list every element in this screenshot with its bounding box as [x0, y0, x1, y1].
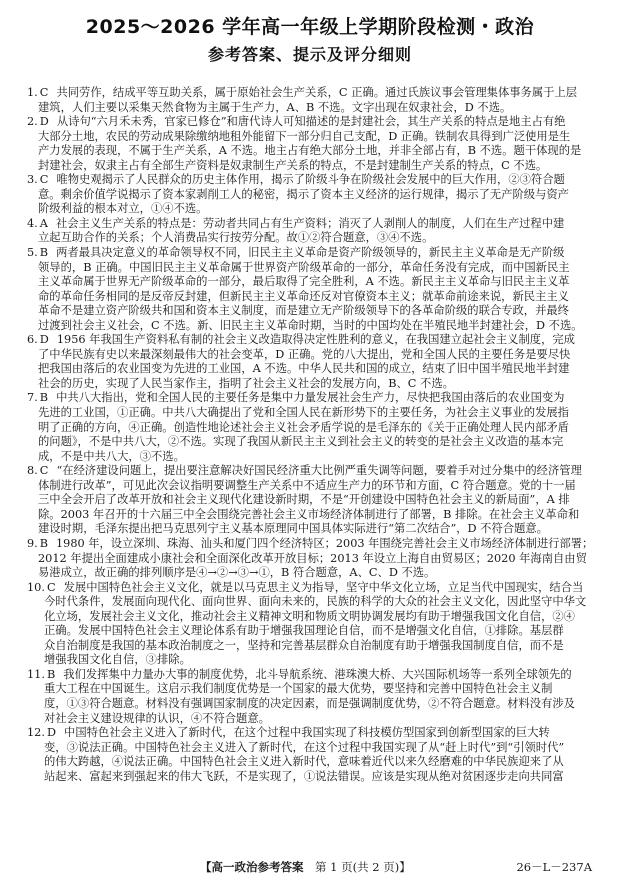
answer-line: 4.A社会主义生产关系的特点是：劳动者共同占有生产资料；消灭了人剥削人的制度，人…	[27, 217, 593, 232]
question-number: 2.	[27, 115, 38, 130]
answer-line: 增强我国文化自信，③排除。	[27, 653, 593, 668]
explanation-text: 革命不是建立资产阶级共和国和资本主义制度，而是建立无产阶级领导下的各革命阶级的联…	[38, 304, 569, 317]
answer-line: 变，③说法正确。中国特色社会主义进入了新时代，在这个过程中我国实现了从“赶上时代…	[27, 741, 593, 756]
answer-item: 5.B两者最具决定意义的革命领导权不同，旧民主主义革命是资产阶级领导的，新民主主…	[27, 246, 593, 333]
explanation-text: 领导的，B 正确。中国旧民主主义革命属于世界资产阶级革命的一部分，革命任务没有完…	[38, 261, 570, 274]
answer-line: 化立场，发展社会主义文化，推动社会主义精神文明和物质文明协调发展均有助于增强我国…	[27, 610, 593, 625]
explanation-text: 站起来、富起来到强起来的伟大飞跃，不是实现了，①说法错误。应该是实现从绝对贫困逐…	[44, 770, 564, 783]
answer-letter: B	[40, 246, 48, 261]
answer-line: 站起来、富起来到强起来的伟大飞跃，不是实现了，①说法错误。应该是实现从绝对贫困逐…	[27, 770, 593, 785]
answer-letter: A	[40, 217, 48, 232]
explanation-text: 唯物史观揭示了人民群众的历史主体作用，揭示了阶级斗争在阶级社会发展中的巨大作用，…	[56, 173, 564, 186]
question-number: 1.	[27, 86, 38, 101]
answer-item: 1.C共同劳作，结成平等互助关系，属于原始社会生产关系，C 正确。通过氏族议事会…	[27, 86, 593, 115]
answer-line: 主义革命属于世界无产阶级革命的一部分，最后取得了完全胜利，A 不选。新民主主义革…	[27, 275, 593, 290]
answer-line: 5.B两者最具决定意义的革命领导权不同，旧民主主义革命是资产阶级领导的，新民主主…	[27, 246, 593, 261]
explanation-text: 除。2003 年召开的十六届三中全会围绕完善社会主义市场经济体制进行了部署，B …	[38, 508, 579, 521]
answer-line: 阶级利益的根本对立，①④不选。	[27, 202, 593, 217]
explanation-text: 社会主义生产关系的特点是：劳动者共同占有生产资料；消灭了人剥削人的制度，人们在生…	[56, 217, 564, 230]
question-number: 9.	[27, 537, 38, 552]
footer-doc-name: 【高一政治参考答案	[200, 860, 315, 874]
question-number: 5.	[27, 246, 38, 261]
answer-line: 三中全会开启了改革开放和社会主义现代化建设新时期，不是“开创建设中国特色社会主义…	[27, 493, 593, 508]
explanation-text: 两者最具决定意义的革命领导权不同，旧民主主义革命是资产阶级领导的，新民主主义革命…	[56, 246, 564, 259]
answer-line: 7.B中共八大指出，党和全国人民的主要任务是集中力量发展社会生产力，尽快把我国由…	[27, 391, 593, 406]
explanation-text: 发展中国特色社会主义文化，就是以马克思主义为指导，坚守中华文化立场，立足当代中国…	[64, 581, 584, 594]
document-subtitle: 参考答案、提示及评分细则	[0, 42, 620, 65]
explanation-text: 2012 年提出全面建成小康社会和全面深化改革开放目标；2013 年设立上海自由…	[38, 552, 587, 565]
explanation-text: 社会的历史，实现了人民当家作主，指明了社会主义社会的发展方向，B、C 不选。	[38, 377, 454, 390]
explanation-text: 三中全会开启了改革开放和社会主义现代化建设新时期，不是“开创建设中国特色社会主义…	[38, 493, 570, 506]
explanation-text: 大部分土地，农民的劳动成果除缴纳地租外能留下一部分归自己支配，D 正确。铁制农具…	[38, 130, 570, 143]
answer-line: 9.B1980 年，设立深圳、珠海、汕头和厦门四个经济特区；2003 年围绕完善…	[27, 537, 591, 552]
answer-line: 3.C唯物史观揭示了人民群众的历史主体作用，揭示了阶级斗争在阶级社会发展中的巨大…	[27, 173, 593, 188]
answer-line: 8.C“在经济建设问题上，提出要注意解决好国民经济重大比例严重失调等问题，要着手…	[27, 464, 593, 479]
answer-line: 封建社会，奴隶主占有全部生产资料是奴隶制生产关系的特点，不是封建制生产关系的特点…	[27, 159, 593, 174]
explanation-text: 主义革命属于世界无产阶级革命的一部分，最后取得了完全胜利，A 不选。新民主主义革…	[38, 275, 569, 288]
explanation-text: 正确。发展中国特色社会主义理论体系有助于增强我国理论自信，而不是增强文化自信，①…	[44, 624, 564, 637]
answer-line: 除。2003 年召开的十六届三中全会围绕完善社会主义市场经济体制进行了部署，B …	[27, 508, 593, 523]
question-number: 10.	[27, 581, 45, 596]
answer-letter: B	[47, 668, 55, 683]
answer-item: 3.C唯物史观揭示了人民群众的历史主体作用，揭示了阶级斗争在阶级社会发展中的巨大…	[27, 173, 593, 217]
answer-letter: C	[40, 173, 49, 188]
footer-page-number: 第 1 页(共 2 页)】	[315, 860, 411, 874]
explanation-text: 的伟大跨越，④说法正确。中国特色社会主义进入新时代，意味着近代以来久经磨难的中华…	[44, 755, 564, 768]
explanation-text: 变，③说法正确。中国特色社会主义进入了新时代，在这个过程中我国实现了从“赶上时代…	[44, 741, 564, 754]
answer-line: 社会的历史，实现了人民当家作主，指明了社会主义社会的发展方向，B、C 不选。	[27, 377, 593, 392]
explanation-text: 阶级利益的根本对立，①④不选。	[38, 202, 207, 215]
answer-line: 2.D从诗句“六月禾未秀，官家已修仓”和唐代诗人可知描述的是封建社会，其生产关系…	[27, 115, 593, 130]
document-title: 2025～2026 学年高一年级上学期阶段检测・政治	[0, 12, 620, 39]
explanation-text: 今时代条件，发展面向现代化、面向世界、面向未来的，民族的科学的大众的社会主义文化…	[44, 595, 586, 608]
answer-line: 11.B我们发挥集中力量办大事的制度优势，北斗导航系统、港珠澳大桥、大兴国际机场…	[27, 668, 593, 683]
answer-line: 体制进行改革”，可见此次会议指明要调整生产关系中不适应生产力的环节和方面，C 符…	[27, 479, 593, 494]
explanation-text: 过渡到社会主义社会，C 不选。新、旧民主主义革命时期，当时的中国均处在半殖民地半…	[38, 319, 583, 332]
explanation-text: 先进的工业国，①正确。中共八大确提出了党和全国人民在新形势下的主要任务，为社会主…	[38, 406, 569, 419]
answer-line: 易港成立，故正确的排列顺序是④→②→③→①，B 符合题意，A、C、D 不选。	[27, 566, 593, 581]
explanation-text: “在经济建设问题上，提出要注意解决好国民经济重大比例严重失调等问题，要着手对过分…	[56, 464, 581, 477]
question-number: 11.	[27, 668, 45, 683]
explanation-text: 1956 年我国生产资料私有制的社会主义改造取得决定性胜利的意义，在我国建立起社…	[57, 333, 575, 346]
explanation-text: 我们发挥集中力量办大事的制度优势，北斗导航系统、港珠澳大桥、大兴国际机场等一系列…	[63, 668, 571, 681]
answer-line: 革命不是建立资产阶级共和国和资本主义制度，而是建立无产阶级领导下的各革命阶级的联…	[27, 304, 593, 319]
question-number: 8.	[27, 464, 38, 479]
explanation-text: 的问题》，不是中共八大，②不选。实现了我国从新民主主义到社会主义的转变的是社会主…	[38, 435, 563, 448]
explanation-text: 易港成立，故正确的排列顺序是④→②→③→①，B 符合题意，A、C、D 不选。	[38, 566, 435, 579]
explanation-text: 建设时期，毛泽东提出把马克思列宁主义基本原理同中国具体实际进行“第二次结合”，D…	[38, 522, 548, 535]
answer-line: 10.C发展中国特色社会主义文化，就是以马克思主义为指导，坚守中华文化立场，立足…	[27, 581, 593, 596]
explanation-text: 众自治制度是我国的基本政治制度之一，坚持和完善基层群众自治制度有助于增强我国制度…	[44, 639, 564, 652]
answer-line: 建筑，人们主要以采集天然食物为主属于生产力，A、B 不选。文字出现在奴隶社会，D…	[27, 101, 593, 116]
answer-line: 正确。发展中国特色社会主义理论体系有助于增强我国理论自信，而不是增强文化自信，①…	[27, 624, 593, 639]
answer-item: 7.B中共八大指出，党和全国人民的主要任务是集中力量发展社会生产力，尽快把我国由…	[27, 391, 593, 464]
answer-line: 了中华民族有史以来最深刻最伟大的社会变革，D 正确。党的八大提出，党和全国人民的…	[27, 348, 593, 363]
answer-line: 的问题》，不是中共八大，②不选。实现了我国从新民主主义到社会主义的转变的是社会主…	[27, 435, 593, 450]
explanation-text: 产力发展的表现，不属于生产关系，A 不选。地主占有绝大部分土地，并非全部占有，B…	[38, 144, 581, 157]
explanation-text: 命的革命任务相同的是反帝反封建，但新民主主义革命还反对官僚资本主义；就革命前途来…	[38, 290, 569, 303]
answer-line: 命的革命任务相同的是反帝反封建，但新民主主义革命还反对官僚资本主义；就革命前途来…	[27, 290, 593, 305]
answer-letter: C	[47, 581, 56, 596]
answer-line: 先进的工业国，①正确。中共八大确提出了党和全国人民在新形势下的主要任务，为社会主…	[27, 406, 593, 421]
question-number: 7.	[27, 391, 38, 406]
answer-item: 11.B我们发挥集中力量办大事的制度优势，北斗导航系统、港珠澳大桥、大兴国际机场…	[27, 668, 593, 726]
explanation-text: 对社会主义建设规律的认识，④不符合题意。	[44, 712, 270, 725]
explanation-text: 立起互助合作的关系；个人消费品实行按劳分配。故①②符合题意，③④不选。	[38, 231, 433, 244]
question-number: 4.	[27, 217, 38, 232]
explanation-text: 化立场，发展社会主义文化，推动社会主义精神文明和物质文明协调发展均有助于增强我国…	[44, 610, 575, 623]
question-number: 6.	[27, 333, 38, 348]
answer-line: 1.C共同劳作，结成平等互助关系，属于原始社会生产关系，C 正确。通过氏族议事会…	[27, 86, 593, 101]
answer-line: 的伟大跨越，④说法正确。中国特色社会主义进入新时代，意味着近代以来久经磨难的中华…	[27, 755, 593, 770]
explanation-text: 明了正确的方向，④正确。创造性地论述社会主义社会矛盾学说的是毛泽东的《关于正确处…	[38, 421, 569, 434]
answer-letter: D	[40, 115, 49, 130]
answer-line: 成，不是中共八大，③不选。	[27, 450, 593, 465]
explanation-text: 中国特色社会主义进入了新时代，在这个过程中我国实现了科技模仿型国家到创新型国家的…	[64, 726, 550, 739]
answer-line: 今时代条件，发展面向现代化、面向世界、面向未来的，民族的科学的大众的社会主义文化…	[27, 595, 593, 610]
explanation-text: 共同劳作，结成平等互助关系，属于原始社会生产关系，C 正确。通过氏族议事会管理集…	[56, 86, 577, 99]
question-number: 3.	[27, 173, 38, 188]
answer-line: 12.D中国特色社会主义进入了新时代，在这个过程中我国实现了科技模仿型国家到创新…	[27, 726, 593, 741]
answer-letter: C	[40, 464, 49, 479]
explanation-text: 把我国由落后的农业国变为先进的工业国，A 不选。中华人民共和国的成立，结束了旧中…	[38, 362, 569, 375]
answer-letter: D	[40, 333, 49, 348]
answer-line: 明了正确的方向，④正确。创造性地论述社会主义社会矛盾学说的是毛泽东的《关于正确处…	[27, 421, 593, 436]
explanation-text: 意。剩余价值学说揭示了资本家剥削工人的秘密，揭示了资本主义经济的运行规律，揭示了…	[38, 188, 569, 201]
answer-line: 把我国由落后的农业国变为先进的工业国，A 不选。中华人民共和国的成立，结束了旧中…	[27, 362, 593, 377]
answer-line: 过渡到社会主义社会，C 不选。新、旧民主主义革命时期，当时的中国均处在半殖民地半…	[27, 319, 593, 334]
explanation-text: 体制进行改革”，可见此次会议指明要调整生产关系中不适应生产力的环节和方面，C 符…	[38, 479, 576, 492]
answer-line: 2012 年提出全面建成小康社会和全面深化改革开放目标；2013 年设立上海自由…	[27, 552, 593, 567]
answer-line: 6.D1956 年我国生产资料私有制的社会主义改造取得决定性胜利的意义，在我国建…	[27, 333, 593, 348]
explanation-text: 建筑，人们主要以采集天然食物为主属于生产力，A、B 不选。文字出现在奴隶社会，D…	[38, 101, 511, 114]
explanation-text: 从诗句“六月禾未秀，官家已修仓”和唐代诗人可知描述的是封建社会，其生产关系的特点…	[57, 115, 566, 128]
answer-line: 度，①③符合题意。材料没有强调国家制度的决定因素，而是强调制度优势，②不符合题意…	[27, 697, 593, 712]
answer-line: 建设时期，毛泽东提出把马克思列宁主义基本原理同中国具体实际进行“第二次结合”，D…	[27, 522, 593, 537]
explanation-text: 重大工程在中国诞生。这启示我们制度优势是一个国家的最大优势，要坚持和完善中国特色…	[44, 682, 552, 695]
footer-doc-code: 26－L－237A	[516, 859, 592, 875]
answer-line: 产力发展的表现，不属于生产关系，A 不选。地主占有绝大部分土地，并非全部占有，B…	[27, 144, 593, 159]
answer-item: 10.C发展中国特色社会主义文化，就是以马克思主义为指导，坚守中华文化立场，立足…	[27, 581, 593, 668]
explanation-text: 中共八大指出，党和全国人民的主要任务是集中力量发展社会生产力，尽快把我国由落后的…	[56, 391, 564, 404]
answer-line: 对社会主义建设规律的认识，④不符合题意。	[27, 712, 593, 727]
answer-item: 4.A社会主义生产关系的特点是：劳动者共同占有生产资料；消灭了人剥削人的制度，人…	[27, 217, 593, 246]
explanation-text: 封建社会，奴隶主占有全部生产资料是奴隶制生产关系的特点，不是封建制生产关系的特点…	[38, 159, 547, 172]
answer-line: 意。剩余价值学说揭示了资本家剥削工人的秘密，揭示了资本主义经济的运行规律，揭示了…	[27, 188, 593, 203]
answer-item: 12.D中国特色社会主义进入了新时代，在这个过程中我国实现了科技模仿型国家到创新…	[27, 726, 593, 784]
answer-line: 立起互助合作的关系；个人消费品实行按劳分配。故①②符合题意，③④不选。	[27, 231, 593, 246]
answer-item: 8.C“在经济建设问题上，提出要注意解决好国民经济重大比例严重失调等问题，要着手…	[27, 464, 593, 537]
answer-letter: D	[47, 726, 56, 741]
answer-item: 2.D从诗句“六月禾未秀，官家已修仓”和唐代诗人可知描述的是封建社会，其生产关系…	[27, 115, 593, 173]
answer-letter: C	[40, 86, 49, 101]
explanation-text: 了中华民族有史以来最深刻最伟大的社会变革，D 正确。党的八大提出，党和全国人民的…	[38, 348, 570, 361]
explanation-text: 度，①③符合题意。材料没有强调国家制度的决定因素，而是强调制度优势，②不符合题意…	[44, 697, 575, 710]
answer-line: 大部分土地，农民的劳动成果除缴纳地租外能留下一部分归自己支配，D 正确。铁制农具…	[27, 130, 593, 145]
explanation-text: 增强我国文化自信，③排除。	[44, 653, 191, 666]
answer-list: 1.C共同劳作，结成平等互助关系，属于原始社会生产关系，C 正确。通过氏族议事会…	[27, 86, 593, 784]
question-number: 12.	[27, 726, 45, 741]
explanation-text: 1980 年，设立深圳、珠海、汕头和厦门四个经济特区；2003 年围绕完善社会主…	[56, 537, 593, 550]
answer-item: 6.D1956 年我国生产资料私有制的社会主义改造取得决定性胜利的意义，在我国建…	[27, 333, 593, 391]
explanation-text: 成，不是中共八大，③不选。	[38, 450, 185, 463]
answer-item: 9.B1980 年，设立深圳、珠海、汕头和厦门四个经济特区；2003 年围绕完善…	[27, 537, 593, 581]
answer-letter: B	[40, 537, 48, 552]
answer-line: 众自治制度是我国的基本政治制度之一，坚持和完善基层群众自治制度有助于增强我国制度…	[27, 639, 593, 654]
answer-line: 重大工程在中国诞生。这启示我们制度优势是一个国家的最大优势，要坚持和完善中国特色…	[27, 682, 593, 697]
footer-page-label: 【高一政治参考答案 第 1 页(共 2 页)】	[200, 859, 411, 875]
answer-line: 领导的，B 正确。中国旧民主主义革命属于世界资产阶级革命的一部分，革命任务没有完…	[27, 261, 593, 276]
answer-letter: B	[40, 391, 48, 406]
